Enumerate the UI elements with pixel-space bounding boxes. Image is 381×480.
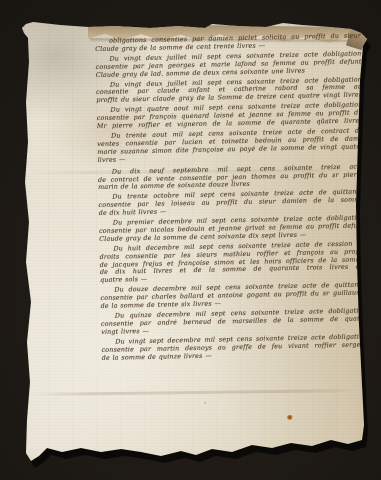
entry: Du premier decembre mil sept cens soixan…	[99, 214, 365, 243]
fold-crease	[30, 389, 360, 396]
entry: Du vingt sept decembre mil sept cens soi…	[101, 333, 367, 362]
entry: Du douze decembre mil sept cens soixante…	[100, 282, 366, 311]
entry: Du dix neuf septembre mil sept cens soix…	[98, 163, 364, 192]
ink-speck	[204, 402, 206, 404]
handwritten-text: obligations consenties par damien piclet…	[95, 32, 368, 364]
entry: Du quinze decembre mil sept cens soixant…	[101, 307, 367, 336]
entry: Du trente octobre mil sept cens soixante…	[98, 189, 364, 218]
manuscript-photo: obligations consenties par damien piclet…	[0, 0, 381, 480]
entry: Du vingt deux juillet mil sept cens soix…	[96, 76, 362, 105]
rust-spot	[287, 415, 293, 420]
entry: Du huit decembre mil sept cens soixante …	[99, 240, 366, 285]
manuscript-page: obligations consenties par damien piclet…	[0, 0, 381, 480]
entry: Du trente aout mil sept cens soixante tr…	[97, 127, 364, 164]
entry: Du vingt quatre aout mil sept cens soixa…	[96, 102, 362, 131]
entry: Du vingt deux juillet mil sept cens soix…	[95, 50, 361, 79]
